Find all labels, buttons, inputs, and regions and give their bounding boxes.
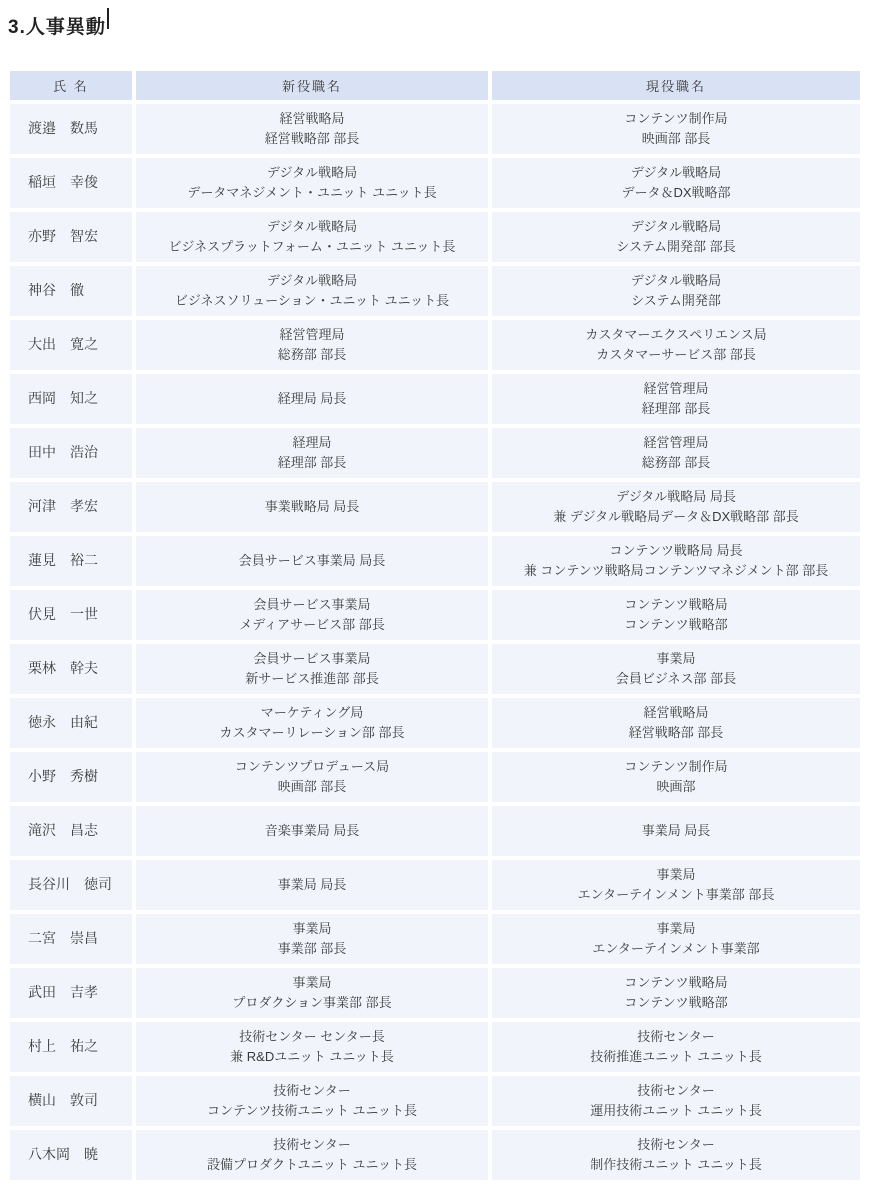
- position-line: 映画部 部長: [498, 129, 854, 149]
- table-row: 田中 浩治経理局経理部 部長経営管理局総務部 部長: [8, 426, 862, 480]
- new-position-cell: 事業局 局長: [134, 858, 490, 912]
- position-line: デジタル戦略局: [142, 217, 482, 237]
- position-line: マーケティング局: [142, 703, 482, 723]
- employee-name: 徳永 由紀: [8, 696, 134, 750]
- table-row: 長谷川 徳司事業局 局長事業局エンターテインメント事業部 部長: [8, 858, 862, 912]
- employee-name: 栗林 幹夫: [8, 642, 134, 696]
- current-position-cell: コンテンツ戦略局コンテンツ戦略部: [490, 966, 862, 1020]
- table-row: 徳永 由紀マーケティング局カスタマーリレーション部 部長経営戦略局経営戦略部 部…: [8, 696, 862, 750]
- column-header-new-position: 新役職名: [134, 69, 490, 102]
- current-position-cell: 技術センター運用技術ユニット ユニット長: [490, 1074, 862, 1128]
- position-line: 経理部 部長: [498, 399, 854, 419]
- current-position-cell: コンテンツ制作局映画部: [490, 750, 862, 804]
- column-header-name: 氏 名: [8, 69, 134, 102]
- position-line: 技術センター センター長: [142, 1027, 482, 1047]
- current-position-cell: 経営管理局経理部 部長: [490, 372, 862, 426]
- position-line: ビジネスソリューション・ユニット ユニット長: [142, 291, 482, 311]
- new-position-cell: 経営戦略局経営戦略部 部長: [134, 102, 490, 156]
- position-line: 事業戦略局 局長: [142, 497, 482, 517]
- table-row: 村上 祐之技術センター センター長兼 R&Dユニット ユニット長技術センター技術…: [8, 1020, 862, 1074]
- new-position-cell: 事業局事業部 部長: [134, 912, 490, 966]
- position-line: デジタル戦略局: [498, 163, 854, 183]
- employee-name: 滝沢 昌志: [8, 804, 134, 858]
- new-position-cell: デジタル戦略局データマネジメント・ユニット ユニット長: [134, 156, 490, 210]
- position-line: システム開発部 部長: [498, 237, 854, 257]
- position-line: 兼 コンテンツ戦略局コンテンツマネジメント部 部長: [498, 561, 854, 581]
- current-position-cell: 技術センター技術推進ユニット ユニット長: [490, 1020, 862, 1074]
- position-line: 会員サービス事業局 局長: [142, 551, 482, 571]
- position-line: コンテンツ戦略局 局長: [498, 541, 854, 561]
- position-line: 技術センター: [142, 1135, 482, 1155]
- new-position-cell: 技術センター センター長兼 R&Dユニット ユニット長: [134, 1020, 490, 1074]
- position-line: 技術センター: [498, 1081, 854, 1101]
- table-row: 大出 寛之経営管理局総務部 部長カスタマーエクスペリエンス局カスタマーサービス部…: [8, 318, 862, 372]
- position-line: 会員サービス事業局: [142, 595, 482, 615]
- employee-name: 横山 敦司: [8, 1074, 134, 1128]
- employee-name: 蓮見 裕二: [8, 534, 134, 588]
- table-row: 蓮見 裕二会員サービス事業局 局長コンテンツ戦略局 局長兼 コンテンツ戦略局コン…: [8, 534, 862, 588]
- position-line: 経理部 部長: [142, 453, 482, 473]
- table-row: 小野 秀樹コンテンツプロデュース局映画部 部長コンテンツ制作局映画部: [8, 750, 862, 804]
- position-line: 経理局 局長: [142, 389, 482, 409]
- position-line: カスタマーサービス部 部長: [498, 345, 854, 365]
- new-position-cell: 会員サービス事業局新サービス推進部 部長: [134, 642, 490, 696]
- document-page: 3.人事異動 氏 名 新役職名 現役職名 渡邉 数馬経営戦略局経営戦略部 部長コ…: [0, 0, 870, 1189]
- position-line: 制作技術ユニット ユニット長: [498, 1155, 854, 1175]
- position-line: コンテンツ戦略局: [498, 595, 854, 615]
- employee-name: 小野 秀樹: [8, 750, 134, 804]
- new-position-cell: 事業局プロダクション事業部 部長: [134, 966, 490, 1020]
- position-line: 運用技術ユニット ユニット長: [498, 1101, 854, 1121]
- current-position-cell: 事業局エンターテインメント事業部: [490, 912, 862, 966]
- employee-name: 神谷 徹: [8, 264, 134, 318]
- column-header-current-position: 現役職名: [490, 69, 862, 102]
- table-row: 神谷 徹デジタル戦略局ビジネスソリューション・ユニット ユニット長デジタル戦略局…: [8, 264, 862, 318]
- position-line: 映画部 部長: [142, 777, 482, 797]
- position-line: 兼 R&Dユニット ユニット長: [142, 1047, 482, 1067]
- text-cursor: [107, 8, 109, 29]
- new-position-cell: コンテンツプロデュース局映画部 部長: [134, 750, 490, 804]
- position-line: コンテンツ制作局: [498, 757, 854, 777]
- position-line: 技術センター: [498, 1135, 854, 1155]
- position-line: ビジネスプラットフォーム・ユニット ユニット長: [142, 237, 482, 257]
- position-line: 会員サービス事業局: [142, 649, 482, 669]
- employee-name: 八木岡 暁: [8, 1128, 134, 1182]
- current-position-cell: 経営戦略局経営戦略部 部長: [490, 696, 862, 750]
- position-line: データ＆DX戦略部: [498, 183, 854, 203]
- position-line: 総務部 部長: [498, 453, 854, 473]
- table-row: 河津 孝宏事業戦略局 局長デジタル戦略局 局長兼 デジタル戦略局データ＆DX戦略…: [8, 480, 862, 534]
- employee-name: 田中 浩治: [8, 426, 134, 480]
- table-row: 稲垣 幸俊デジタル戦略局データマネジメント・ユニット ユニット長デジタル戦略局デ…: [8, 156, 862, 210]
- position-line: デジタル戦略局: [142, 271, 482, 291]
- table-row: 横山 敦司技術センターコンテンツ技術ユニット ユニット長技術センター運用技術ユニ…: [8, 1074, 862, 1128]
- new-position-cell: 技術センター設備プロダクトユニット ユニット長: [134, 1128, 490, 1182]
- position-line: 総務部 部長: [142, 345, 482, 365]
- position-line: 事業局 局長: [498, 821, 854, 841]
- table-row: 栗林 幹夫会員サービス事業局新サービス推進部 部長事業局会員ビジネス部 部長: [8, 642, 862, 696]
- position-line: 新サービス推進部 部長: [142, 669, 482, 689]
- current-position-cell: 技術センター制作技術ユニット ユニット長: [490, 1128, 862, 1182]
- position-line: 兼 デジタル戦略局データ＆DX戦略部 部長: [498, 507, 854, 527]
- position-line: 事業局 局長: [142, 875, 482, 895]
- position-line: システム開発部: [498, 291, 854, 311]
- position-line: コンテンツプロデュース局: [142, 757, 482, 777]
- position-line: 経営戦略局: [142, 109, 482, 129]
- current-position-cell: 事業局会員ビジネス部 部長: [490, 642, 862, 696]
- position-line: カスタマーエクスペリエンス局: [498, 325, 854, 345]
- position-line: エンターテインメント事業部: [498, 939, 854, 959]
- position-line: 経営戦略部 部長: [142, 129, 482, 149]
- employee-name: 渡邉 数馬: [8, 102, 134, 156]
- current-position-cell: デジタル戦略局データ＆DX戦略部: [490, 156, 862, 210]
- position-line: 会員ビジネス部 部長: [498, 669, 854, 689]
- employee-name: 伏見 一世: [8, 588, 134, 642]
- new-position-cell: マーケティング局カスタマーリレーション部 部長: [134, 696, 490, 750]
- table-row: 亦野 智宏デジタル戦略局ビジネスプラットフォーム・ユニット ユニット長デジタル戦…: [8, 210, 862, 264]
- table-row: 武田 吉孝事業局プロダクション事業部 部長コンテンツ戦略局コンテンツ戦略部: [8, 966, 862, 1020]
- table-header-row: 氏 名 新役職名 現役職名: [8, 69, 862, 102]
- position-line: コンテンツ戦略部: [498, 993, 854, 1013]
- new-position-cell: 技術センターコンテンツ技術ユニット ユニット長: [134, 1074, 490, 1128]
- position-line: 経理局: [142, 433, 482, 453]
- employee-name: 長谷川 徳司: [8, 858, 134, 912]
- position-line: コンテンツ戦略部: [498, 615, 854, 635]
- position-line: メディアサービス部 部長: [142, 615, 482, 635]
- current-position-cell: デジタル戦略局システム開発部: [490, 264, 862, 318]
- new-position-cell: 会員サービス事業局 局長: [134, 534, 490, 588]
- position-line: 技術推進ユニット ユニット長: [498, 1047, 854, 1067]
- new-position-cell: 音楽事業局 局長: [134, 804, 490, 858]
- position-line: 音楽事業局 局長: [142, 821, 482, 841]
- position-line: 経営戦略局: [498, 703, 854, 723]
- current-position-cell: デジタル戦略局 局長兼 デジタル戦略局データ＆DX戦略部 部長: [490, 480, 862, 534]
- position-line: 経営戦略部 部長: [498, 723, 854, 743]
- position-line: 技術センター: [498, 1027, 854, 1047]
- table-body: 渡邉 数馬経営戦略局経営戦略部 部長コンテンツ制作局映画部 部長稲垣 幸俊デジタ…: [8, 102, 862, 1182]
- position-line: カスタマーリレーション部 部長: [142, 723, 482, 743]
- position-line: 事業局: [498, 865, 854, 885]
- position-line: 事業部 部長: [142, 939, 482, 959]
- employee-name: 武田 吉孝: [8, 966, 134, 1020]
- current-position-cell: コンテンツ戦略局 局長兼 コンテンツ戦略局コンテンツマネジメント部 部長: [490, 534, 862, 588]
- position-line: コンテンツ技術ユニット ユニット長: [142, 1101, 482, 1121]
- position-line: 設備プロダクトユニット ユニット長: [142, 1155, 482, 1175]
- current-position-cell: コンテンツ戦略局コンテンツ戦略部: [490, 588, 862, 642]
- position-line: 技術センター: [142, 1081, 482, 1101]
- position-line: データマネジメント・ユニット ユニット長: [142, 183, 482, 203]
- employee-name: 西岡 知之: [8, 372, 134, 426]
- new-position-cell: 経理局経理部 部長: [134, 426, 490, 480]
- current-position-cell: 経営管理局総務部 部長: [490, 426, 862, 480]
- table-header: 氏 名 新役職名 現役職名: [8, 69, 862, 102]
- current-position-cell: コンテンツ制作局映画部 部長: [490, 102, 862, 156]
- employee-name: 大出 寛之: [8, 318, 134, 372]
- position-line: コンテンツ制作局: [498, 109, 854, 129]
- position-line: 経営管理局: [498, 379, 854, 399]
- position-line: 事業局: [142, 973, 482, 993]
- current-position-cell: 事業局エンターテインメント事業部 部長: [490, 858, 862, 912]
- personnel-change-table: 氏 名 新役職名 現役職名 渡邉 数馬経営戦略局経営戦略部 部長コンテンツ制作局…: [8, 69, 862, 1182]
- new-position-cell: デジタル戦略局ビジネスプラットフォーム・ユニット ユニット長: [134, 210, 490, 264]
- employee-name: 村上 祐之: [8, 1020, 134, 1074]
- position-line: デジタル戦略局: [142, 163, 482, 183]
- new-position-cell: デジタル戦略局ビジネスソリューション・ユニット ユニット長: [134, 264, 490, 318]
- position-line: 映画部: [498, 777, 854, 797]
- position-line: 経営管理局: [498, 433, 854, 453]
- employee-name: 亦野 智宏: [8, 210, 134, 264]
- position-line: プロダクション事業部 部長: [142, 993, 482, 1013]
- new-position-cell: 経営管理局総務部 部長: [134, 318, 490, 372]
- position-line: デジタル戦略局: [498, 217, 854, 237]
- position-line: コンテンツ戦略局: [498, 973, 854, 993]
- table-row: 渡邉 数馬経営戦略局経営戦略部 部長コンテンツ制作局映画部 部長: [8, 102, 862, 156]
- current-position-cell: カスタマーエクスペリエンス局カスタマーサービス部 部長: [490, 318, 862, 372]
- position-line: 事業局: [498, 649, 854, 669]
- position-line: 事業局: [498, 919, 854, 939]
- position-line: デジタル戦略局: [498, 271, 854, 291]
- table-row: 伏見 一世会員サービス事業局メディアサービス部 部長コンテンツ戦略局コンテンツ戦…: [8, 588, 862, 642]
- table-row: 滝沢 昌志音楽事業局 局長事業局 局長: [8, 804, 862, 858]
- position-line: 事業局: [142, 919, 482, 939]
- section-title: 3.人事異動: [8, 12, 106, 39]
- table-row: 西岡 知之経理局 局長経営管理局経理部 部長: [8, 372, 862, 426]
- new-position-cell: 経理局 局長: [134, 372, 490, 426]
- table-row: 二宮 崇昌事業局事業部 部長事業局エンターテインメント事業部: [8, 912, 862, 966]
- position-line: デジタル戦略局 局長: [498, 487, 854, 507]
- new-position-cell: 会員サービス事業局メディアサービス部 部長: [134, 588, 490, 642]
- position-line: 経営管理局: [142, 325, 482, 345]
- current-position-cell: 事業局 局長: [490, 804, 862, 858]
- current-position-cell: デジタル戦略局システム開発部 部長: [490, 210, 862, 264]
- employee-name: 二宮 崇昌: [8, 912, 134, 966]
- employee-name: 稲垣 幸俊: [8, 156, 134, 210]
- new-position-cell: 事業戦略局 局長: [134, 480, 490, 534]
- employee-name: 河津 孝宏: [8, 480, 134, 534]
- table-row: 八木岡 暁技術センター設備プロダクトユニット ユニット長技術センター制作技術ユニ…: [8, 1128, 862, 1182]
- position-line: エンターテインメント事業部 部長: [498, 885, 854, 905]
